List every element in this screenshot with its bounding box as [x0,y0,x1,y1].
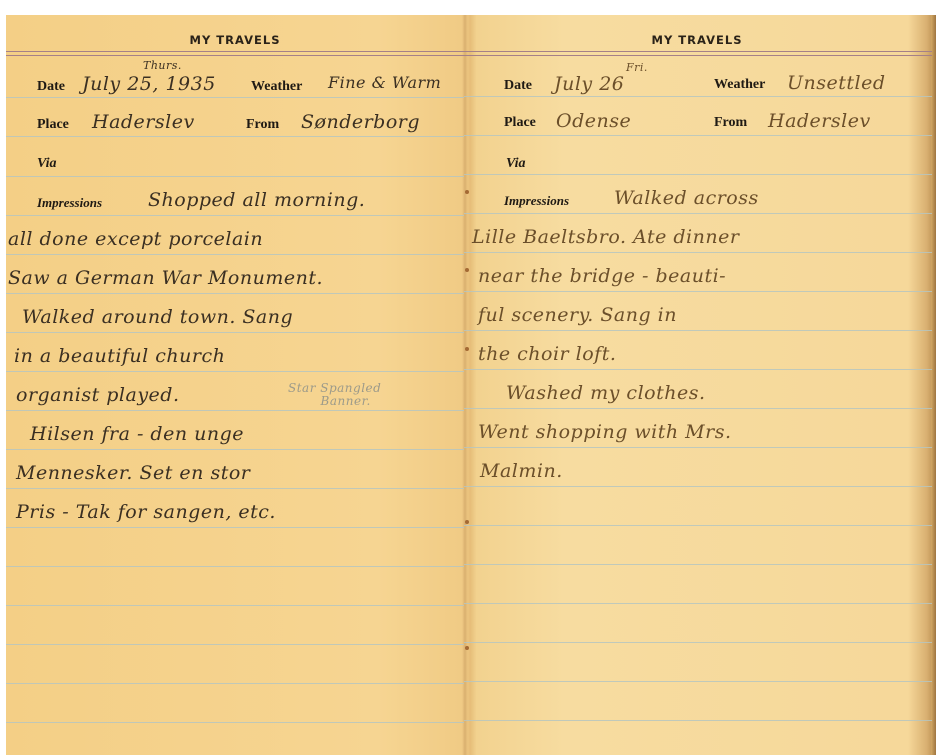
day-note: Thurs. [143,59,182,72]
date-label: Date [504,78,532,94]
ruled-line [6,97,464,98]
date-value: July 25, 1935 [82,73,216,95]
impressions-line: Pris - Tak for sangen, etc. [16,501,276,523]
ruled-line [464,642,932,643]
impressions-line: near the bridge - beauti- [478,265,726,287]
ruled-line [6,644,464,645]
impressions-line: ful scenery. Sang in [478,304,677,326]
ruled-line [464,486,932,487]
day-note: Fri. [626,61,648,74]
ruled-line [6,176,464,177]
place-label: Place [37,117,69,133]
place-value: Haderslev [92,111,195,133]
ruled-line [6,215,464,216]
ruled-line [6,136,464,137]
ruled-line [6,410,464,411]
date-value: July 26 [554,73,624,95]
impressions-line: Lille Baeltsbro. Ate dinner [472,226,739,248]
ruled-line [6,449,464,450]
from-label: From [246,117,279,133]
ruled-line [6,371,464,372]
ruled-line [6,254,464,255]
impressions-line: Walked around town. Sang [22,306,293,328]
ruled-line [6,488,464,489]
ruled-line [6,332,464,333]
diary-spread: MY TRAVELS Date Thurs. July 25, 1935 Wea… [6,15,936,755]
ruled-line [6,566,464,567]
impressions-line: all done except porcelain [8,228,263,250]
ruled-line [464,330,932,331]
impressions-line: Walked across [614,187,759,209]
weather-value: Unsettled [787,72,886,94]
impressions-line: Saw a German War Monument. [8,267,323,289]
ruled-line [464,720,932,721]
from-value: Haderslev [768,110,871,132]
weather-label: Weather [251,79,302,95]
impressions-line: Shopped all morning. [148,189,365,211]
ruled-line [464,447,932,448]
impressions-line: Washed my clothes. [506,382,706,404]
impressions-line: Mennesker. Set en stor [16,462,250,484]
ruled-line [464,603,932,604]
via-label: Via [506,156,525,172]
header-rule [6,51,464,56]
ruled-line [464,408,932,409]
ruled-line [464,525,932,526]
ruled-line [464,369,932,370]
place-label: Place [504,115,536,131]
weather-value: Fine & Warm [328,73,441,92]
impressions-line: Went shopping with Mrs. [478,421,731,443]
right-page: MY TRAVELS Date Fri. July 26 Weather Uns… [464,15,936,755]
ruled-line [464,681,932,682]
impressions-line: the choir loft. [478,343,616,365]
impressions-label: Impressions [504,193,569,209]
page-title: MY TRAVELS [6,33,464,47]
ruled-line [464,564,932,565]
impressions-line: in a beautiful church [14,345,225,367]
ruled-line [464,135,932,136]
date-label: Date [37,79,65,95]
ruled-line [6,293,464,294]
pencil-note: Star Spangled Banner. [288,382,381,408]
impressions-line: Malmin. [480,460,563,482]
left-page: MY TRAVELS Date Thurs. July 25, 1935 Wea… [6,15,464,755]
weather-label: Weather [714,77,765,93]
ruled-line [464,174,932,175]
impressions-label: Impressions [37,195,102,211]
ruled-line [464,252,932,253]
impressions-line: organist played. [16,384,180,406]
from-label: From [714,115,747,131]
impressions-line: Hilsen fra - den unge [30,423,244,445]
ruled-line [6,722,464,723]
ruled-line [6,527,464,528]
ruled-line [6,605,464,606]
ruled-line [464,291,932,292]
ruled-line [464,96,932,97]
from-value: Sønderborg [301,111,420,133]
via-label: Via [37,156,56,172]
page-title: MY TRAVELS [464,33,930,47]
header-rule [464,51,932,56]
place-value: Odense [556,110,631,132]
pencil-note-line: Banner. [310,395,381,408]
ruled-line [6,683,464,684]
ruled-line [464,213,932,214]
